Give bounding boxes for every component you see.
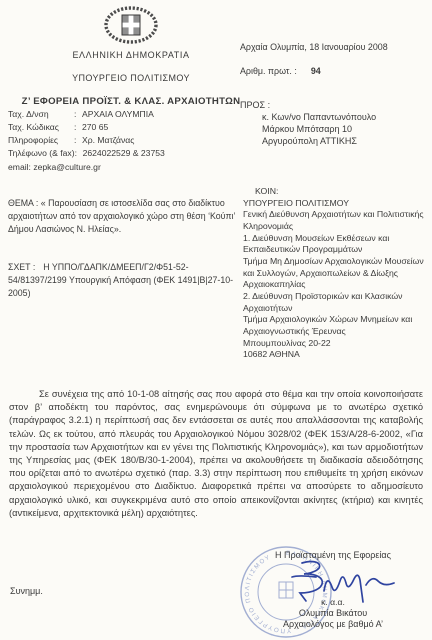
subject-text: « Παρουσίαση σε ιστοσελίδα σας στο διαδί…	[8, 198, 235, 234]
reference-label: ΣΧΕΤ :	[8, 262, 35, 272]
department-title: Ζ’ ΕΦΟΡΕΙΑ ΠΡΟΪΣΤ. & ΚΛΑΣ. ΑΡΧΑΙΟΤΗΤΩΝ	[0, 96, 262, 107]
greek-coat-of-arms-icon	[101, 5, 161, 45]
republic-title: ΕΛΛΗΝΙΚΗ ΔΗΜΟΚΡΑΤΙΑ	[0, 50, 262, 60]
recipient-name: κ. Κων/νο Παπαντωνόπουλο	[262, 111, 376, 123]
cc-line: 10682 ΑΘΗΝΑ	[243, 349, 427, 361]
cc-block: ΚΟΙΝ: ΥΠΟΥΡΓΕΙΟ ΠΟΛΙΤΙΣΜΟΥ Γενική Διεύθυ…	[243, 186, 427, 361]
recipient-block: ΠΡΟΣ : κ. Κων/νο Παπαντωνόπουλο Μάρκου Μ…	[240, 99, 376, 148]
reference-block: ΣΧΕΤ :Η ΥΠΠΟ/ΓΔΑΠΚ/ΔΜΕΕΠ/Γ2/Φ51-52-54/81…	[8, 261, 246, 301]
recipient-street: Μάρκου Μπότσαρη 10	[262, 123, 376, 135]
contact-email: email: zepka@culture.gr	[8, 161, 165, 174]
cc-line: Γενική Διεύθυνση Αρχαιοτήτων και Πολιτισ…	[243, 209, 427, 232]
signer-rank: Αρχαιολόγος με βαθμό Α’	[240, 619, 426, 629]
reference-text: Η ΥΠΠΟ/ΓΔΑΠΚ/ΔΜΕΕΠ/Γ2/Φ51-52-54/81397/21…	[8, 262, 233, 298]
cc-line: ΥΠΟΥΡΓΕΙΟ ΠΟΛΙΤΙΣΜΟΥ	[243, 198, 427, 210]
ministry-title: ΥΠΟΥΡΓΕΙΟ ΠΟΛΙΤΙΣΜΟΥ	[0, 73, 262, 83]
signer-name: Ολυμπία Βικάτου	[240, 608, 426, 618]
scanned-letter-page: ΕΛΛΗΝΙΚΗ ΔΗΜΟΚΡΑΤΙΑ ΥΠΟΥΡΓΕΙΟ ΠΟΛΙΤΙΣΜΟΥ…	[0, 0, 432, 640]
letter-body: Σε συνέχεια της από 10-1-08 αίτησής σας …	[9, 388, 423, 520]
recipient-city: Αργυρούπολη ΑΤΤΙΚΗΣ	[262, 135, 376, 147]
protocol-number: 94	[311, 66, 321, 76]
contact-row-address: Ταχ. Δ/νση:ΑΡΧΑΙΑ ΟΛΥΜΠΙΑ	[8, 108, 165, 121]
subject-block: ΘΕΜΑ : « Παρουσίαση σε ιστοσελίδα σας στ…	[8, 197, 246, 237]
signature-block: ΕΛΛΗΝΙΚΗ ΔΗΜΟΚΡΑΤΙΑ · ΥΠΟΥΡΓΕΙΟ ΠΟΛΙΤΙΣΜ…	[240, 550, 426, 629]
cc-line: Τμήμα Μη Δημοσίων Αρχαιολογικών Μουσείων…	[243, 256, 427, 291]
protocol-label: Αριθμ. πρωτ. :	[240, 66, 297, 76]
contact-row-postcode: Ταχ. Κώδικας:270 65	[8, 121, 165, 134]
recipient-label: ΠΡΟΣ :	[240, 99, 376, 111]
cc-line: Τμήμα Αρχαιολογικών Χώρων Μνημείων και Α…	[243, 314, 427, 337]
acting-abbreviation: κ. α.α.	[240, 597, 426, 607]
cc-line: 2. Διεύθυνση Προϊστορικών και Κλασικών Α…	[243, 291, 427, 314]
cc-line: 1. Διεύθυνση Μουσείων Εκθέσεων και Εκπαι…	[243, 233, 427, 256]
email-address: zepka@culture.gr	[33, 162, 100, 172]
place-and-date: Αρχαία Ολυμπία, 18 Ιανουαρίου 2008	[240, 42, 388, 52]
cc-line: Μπουμπουλίνας 20-22	[243, 338, 427, 350]
attachment-note: Συνημμ.	[10, 586, 43, 596]
cc-label: ΚΟΙΝ:	[255, 186, 427, 198]
contact-info-block: Ταχ. Δ/νση:ΑΡΧΑΙΑ ΟΛΥΜΠΙΑ Ταχ. Κώδικας:2…	[8, 108, 165, 173]
protocol-number-line: Αριθμ. πρωτ. :94	[240, 66, 321, 76]
contact-row-information: Πληροφορίες:Χρ. Ματζάνας	[8, 134, 165, 147]
contact-row-phone-fax: Τηλέφωνο (& fax):2624022529 & 23753	[8, 147, 165, 160]
letterhead: ΕΛΛΗΝΙΚΗ ΔΗΜΟΚΡΑΤΙΑ ΥΠΟΥΡΓΕΙΟ ΠΟΛΙΤΙΣΜΟΥ…	[0, 5, 262, 107]
subject-label: ΘΕΜΑ :	[8, 198, 38, 208]
